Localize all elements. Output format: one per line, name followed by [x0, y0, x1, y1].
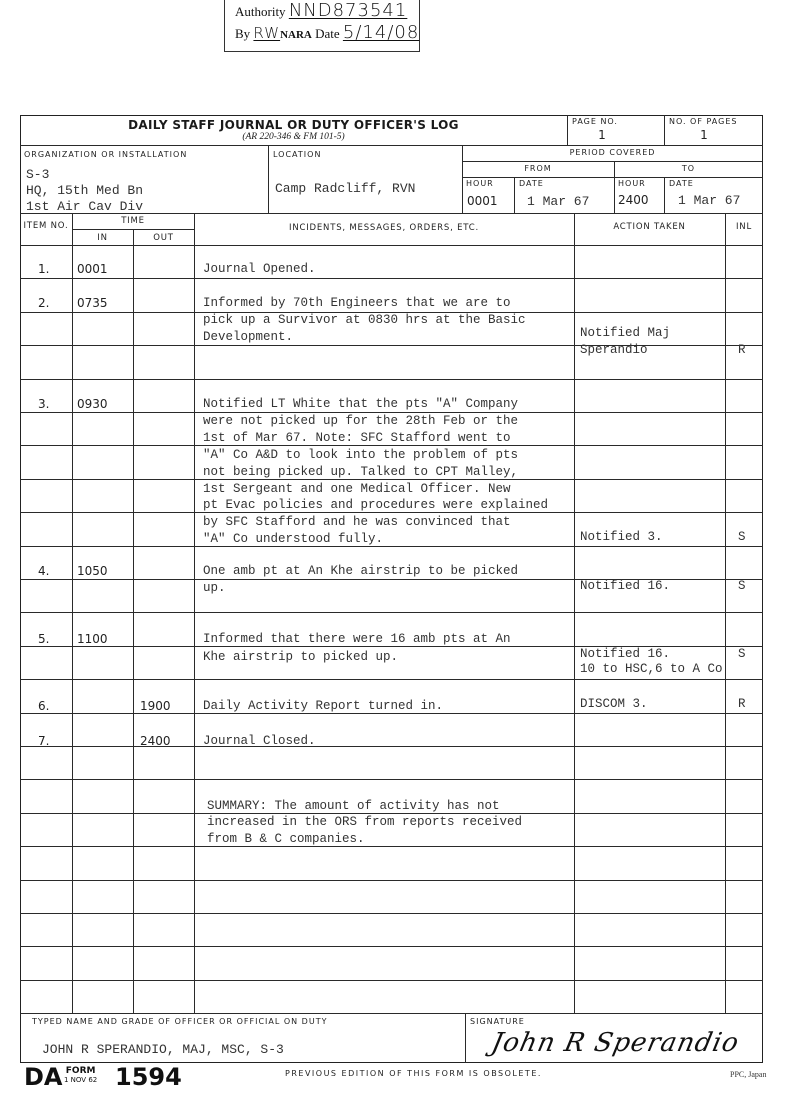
entry-action-line: Sperandio — [580, 343, 648, 357]
by-label: By — [235, 26, 250, 41]
entry-time-in: 0001 — [77, 262, 108, 276]
from-hour-label: HOUR — [466, 179, 494, 188]
entry-inl-mark: S — [738, 647, 746, 661]
entry-item-no: 2. — [38, 296, 49, 310]
entry-text-line: pick up a Survivor at 0830 hrs at the Ba… — [203, 313, 526, 327]
period-covered-label: PERIOD COVERED — [462, 148, 763, 157]
entry-action-line: Notified 16. — [580, 647, 670, 661]
col-header-out: OUT — [133, 233, 194, 243]
entry-text-line: 1st of Mar 67. Note: SFC Stafford went t… — [203, 431, 511, 445]
period-to-label: TO — [614, 164, 763, 173]
entry-text-line: not being picked up. Talked to CPT Malle… — [203, 465, 518, 479]
entry-action-line: Notified Maj — [580, 326, 670, 340]
summary-line: increased in the ORS from reports receiv… — [207, 815, 522, 829]
entry-action-line: Notified 16. — [580, 579, 670, 593]
no-of-pages-value: 1 — [664, 128, 744, 142]
entry-inl-mark: R — [738, 697, 746, 711]
entry-time-in: 1100 — [77, 632, 108, 646]
entry-text-line: One amb pt at An Khe airstrip to be pick… — [203, 564, 518, 578]
entry-time-in: 0930 — [77, 397, 108, 411]
form-title: DAILY STAFF JOURNAL OR DUTY OFFICER'S LO… — [20, 118, 567, 132]
to-date-label: DATE — [669, 179, 694, 188]
form-word: FORM — [64, 1067, 97, 1076]
summary-line: from B & C companies. — [207, 832, 365, 846]
entry-time-in: 1050 — [77, 564, 108, 578]
no-of-pages-label: NO. OF PAGES — [669, 117, 737, 126]
period-from-label: FROM — [462, 164, 614, 173]
authority-value: NND873541 — [289, 0, 408, 21]
page-no-label: PAGE NO. — [572, 117, 618, 126]
entry-item-no: 3. — [38, 397, 49, 411]
location-label: LOCATION — [273, 150, 321, 159]
organization-line-3: 1st Air Cav Div — [26, 199, 143, 214]
previous-edition-note: PREVIOUS EDITION OF THIS FORM IS OBSOLET… — [285, 1069, 542, 1078]
col-header-incidents: INCIDENTS, MESSAGES, ORDERS, ETC. — [194, 223, 574, 233]
entry-inl-mark: R — [738, 343, 746, 357]
form-date: 1 NOV 62 — [64, 1076, 97, 1085]
entry-item-no: 6. — [38, 699, 49, 713]
da-label: DA — [24, 1063, 63, 1091]
entry-text-line: were not picked up for the 28th Feb or t… — [203, 414, 518, 428]
form-number: 1594 — [115, 1063, 182, 1091]
organization-line-2: HQ, 15th Med Bn — [26, 183, 143, 198]
typed-name-value: JOHN R SPERANDIO, MAJ, MSC, S-3 — [42, 1042, 284, 1057]
by-line: By RWNARA Date 5/14/08 — [235, 22, 419, 43]
col-header-time: TIME — [72, 216, 194, 226]
location-value: Camp Radcliff, RVN — [275, 181, 415, 196]
authority-label: Authority — [235, 4, 286, 19]
to-hour-value: 2400 — [618, 193, 649, 207]
entry-text-line: by SFC Stafford and he was convinced tha… — [203, 515, 511, 529]
from-hour-value: 0001 — [467, 194, 498, 208]
summary-line: SUMMARY: The amount of activity has not — [207, 799, 500, 813]
agency-label: NARA — [280, 29, 312, 41]
entry-text-line: Development. — [203, 330, 293, 344]
entry-text-line: "A" Co understood fully. — [203, 532, 383, 546]
entry-text-line: up. — [203, 581, 226, 595]
entry-item-no: 1. — [38, 262, 49, 276]
col-header-inl: INL — [725, 222, 763, 232]
to-hour-label: HOUR — [618, 179, 646, 188]
entry-inl-mark: S — [738, 579, 746, 593]
entry-item-no: 4. — [38, 564, 49, 578]
entry-item-no: 5. — [38, 632, 49, 646]
entry-time-out: 2400 — [140, 734, 171, 748]
by-initials: RW — [253, 24, 280, 42]
entry-text-line: Daily Activity Report turned in. — [203, 699, 443, 713]
signature-label: SIGNATURE — [470, 1017, 525, 1026]
entry-text-line: Journal Closed. — [203, 734, 316, 748]
organization-line-1: S-3 — [26, 167, 49, 182]
entry-item-no: 7. — [38, 734, 49, 748]
entry-text-line: Journal Opened. — [203, 262, 316, 276]
declassification-stamp: Authority NND873541 By RWNARA Date 5/14/… — [224, 0, 420, 52]
entry-inl-mark: S — [738, 530, 746, 544]
entry-text-line: Notified LT White that the pts "A" Compa… — [203, 397, 518, 411]
entry-text-line: Informed by 70th Engineers that we are t… — [203, 296, 511, 310]
entry-time-out: 1900 — [140, 699, 171, 713]
form-date-block: FORM 1 NOV 62 — [64, 1067, 97, 1085]
from-date-value: 1 Mar 67 — [527, 194, 589, 209]
col-header-item-no: ITEM NO. — [20, 221, 72, 232]
col-header-action: ACTION TAKEN — [574, 222, 725, 232]
to-date-value: 1 Mar 67 — [678, 193, 740, 208]
entry-text-line: "A" Co A&D to look into the problem of p… — [203, 448, 518, 462]
entry-text-line: Informed that there were 16 amb pts at A… — [203, 632, 511, 646]
page-no-value: 1 — [567, 128, 637, 142]
entry-text-line: Khe airstrip to picked up. — [203, 650, 398, 664]
printer-note: PPC, Japan — [730, 1070, 766, 1079]
entry-action-line: 10 to HSC,6 to A Co — [580, 662, 723, 676]
from-date-label: DATE — [519, 179, 544, 188]
entry-time-in: 0735 — [77, 296, 108, 310]
form-subtitle: (AR 220-346 & FM 101-5) — [20, 132, 567, 142]
date-label: Date — [315, 26, 340, 41]
organization-label: ORGANIZATION OR INSTALLATION — [24, 150, 187, 159]
signature: John R Sperandio — [489, 1028, 742, 1058]
entry-text-line: pt Evac policies and procedures were exp… — [203, 498, 548, 512]
entry-action-line: Notified 3. — [580, 530, 663, 544]
entry-action-line: DISCOM 3. — [580, 697, 648, 711]
entry-text-line: 1st Sergeant and one Medical Officer. Ne… — [203, 482, 511, 496]
authority-line: Authority NND873541 — [235, 0, 407, 21]
col-header-in: IN — [72, 233, 133, 243]
typed-name-label: TYPED NAME AND GRADE OF OFFICER OR OFFIC… — [32, 1017, 327, 1026]
date-value: 5/14/08 — [343, 22, 419, 43]
